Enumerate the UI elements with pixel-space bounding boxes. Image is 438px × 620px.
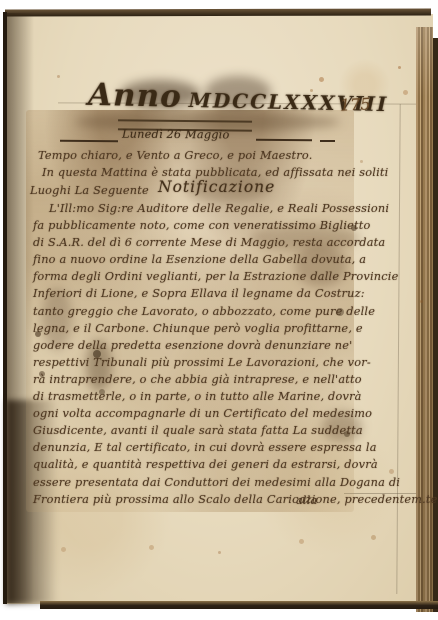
manuscript-line: rà intraprendere, o che abbia già intrap…	[33, 371, 363, 388]
manuscript-content: Anno MDCCLXXXVIII 175 Lunedì 26 Maggio T…	[0, 0, 438, 620]
notification-heading: Notificazione	[158, 178, 275, 196]
manuscript-line: Giusdicente, avanti il quale sarà stata …	[33, 422, 363, 439]
manuscript-line: qualità, e quantità respettiva dei gener…	[33, 456, 363, 473]
manuscript-line: ogni volta accompagnarle di un Certifica…	[33, 405, 363, 422]
scanned-manuscript-photo: Anno MDCCLXXXVIII 175 Lunedì 26 Maggio T…	[0, 0, 438, 620]
manuscript-line: godere della predetta esenzione dovrà de…	[33, 337, 363, 354]
manuscript-line: fino a nuovo ordine la Esenzione della G…	[33, 251, 363, 268]
manuscript-line: di S.A.R. del dì 6 corrente Mese di Magg…	[33, 234, 363, 251]
intro-line-2: Luoghi La Seguente	[30, 184, 149, 197]
catchword: alla	[296, 494, 318, 507]
date-rule-right	[256, 139, 312, 142]
manuscript-line: respettivi Tribunali più prossimi Le Lav…	[33, 354, 363, 371]
manuscript-line: L'Ill:mo Sig:re Auditore delle Regalie, …	[33, 200, 363, 217]
date-rule-left	[60, 140, 118, 143]
weather-line: Tempo chiaro, e Vento a Greco, e poi Mae…	[38, 149, 312, 162]
folio-number: 175	[340, 94, 371, 115]
manuscript-line: di trasmetterle, o in parte, o in tutto …	[33, 388, 363, 405]
date-line: Lunedì 26 Maggio	[122, 128, 230, 142]
anno-label: Anno	[88, 77, 183, 115]
notification-body: L'Ill:mo Sig:re Auditore delle Regalie, …	[33, 200, 363, 508]
manuscript-line: tanto greggio che Lavorato, o abbozzato,…	[33, 303, 363, 320]
manuscript-line: fa pubblicamente noto, come con venerati…	[33, 217, 363, 234]
manuscript-line: legna, e il Carbone. Chiunque però vogli…	[33, 320, 363, 337]
manuscript-line: Inferiori di Lione, e Sopra Ellava il le…	[33, 285, 363, 302]
manuscript-line: denunzia, E tal certificato, in cui dovr…	[33, 439, 363, 456]
manuscript-line: forma degli Ordini veglianti, per la Est…	[33, 268, 363, 285]
manuscript-line: essere presentata dai Conduttori dei med…	[33, 474, 363, 491]
date-rule-right-short	[320, 140, 335, 142]
